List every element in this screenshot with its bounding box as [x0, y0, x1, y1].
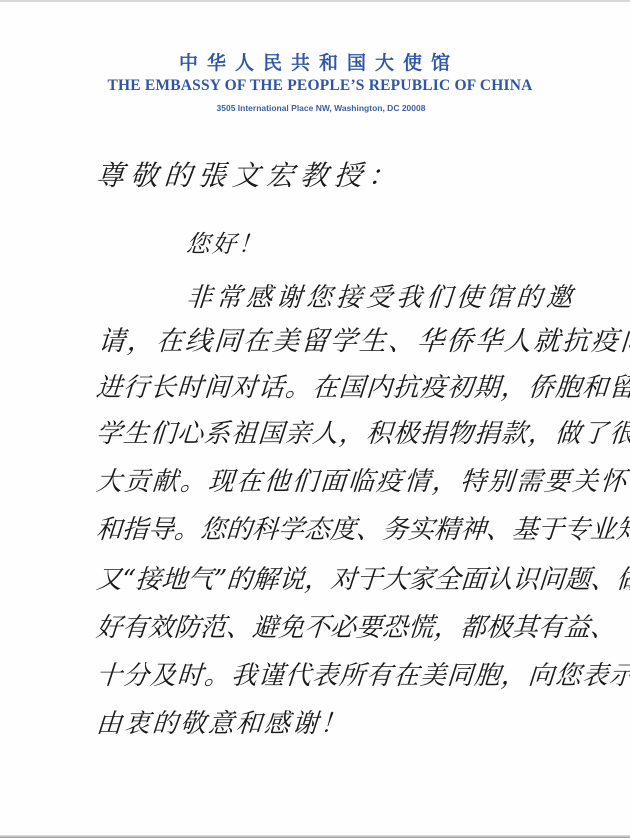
letter-line: 十分及时。我谨代表所有在美同胞，向您表示: [95, 660, 630, 692]
letter-line: 进行长时间对话。在国内抗疫初期，侨胞和留: [95, 372, 630, 404]
letter-line: 由衷的敬意和感谢！: [95, 708, 349, 740]
letter-page: 中华人民共和国大使馆 THE EMBASSY OF THE PEOPLE’S R…: [0, 0, 630, 838]
letter-line: 又“接地气”的解说，对于大家全面认识问题、做: [95, 564, 630, 596]
letter-line: 和指导。您的科学态度、务实精神、基于专业知识: [95, 514, 630, 546]
letter-line: 大贡献。现在他们面临疫情，特别需要关怀: [95, 466, 629, 498]
letter-body: 尊敬的張文宏教授： 您好！ 非常感谢您接受我们使馆的邀 请，在线同在美留学生、华…: [0, 0, 630, 838]
letter-line: 好有效防范、避免不必要恐慌，都极其有益、: [95, 612, 617, 644]
letter-line: 请，在线同在美留学生、华侨华人就抗疫问题: [97, 326, 630, 358]
letter-greeting: 您好！: [185, 228, 265, 260]
letter-line: 学生们心系祖国亲人，积极捐物捐款，做了很: [95, 418, 630, 450]
letter-salutation: 尊敬的張文宏教授：: [95, 160, 403, 192]
letter-line: 非常感谢您接受我们使馆的邀: [185, 282, 577, 314]
